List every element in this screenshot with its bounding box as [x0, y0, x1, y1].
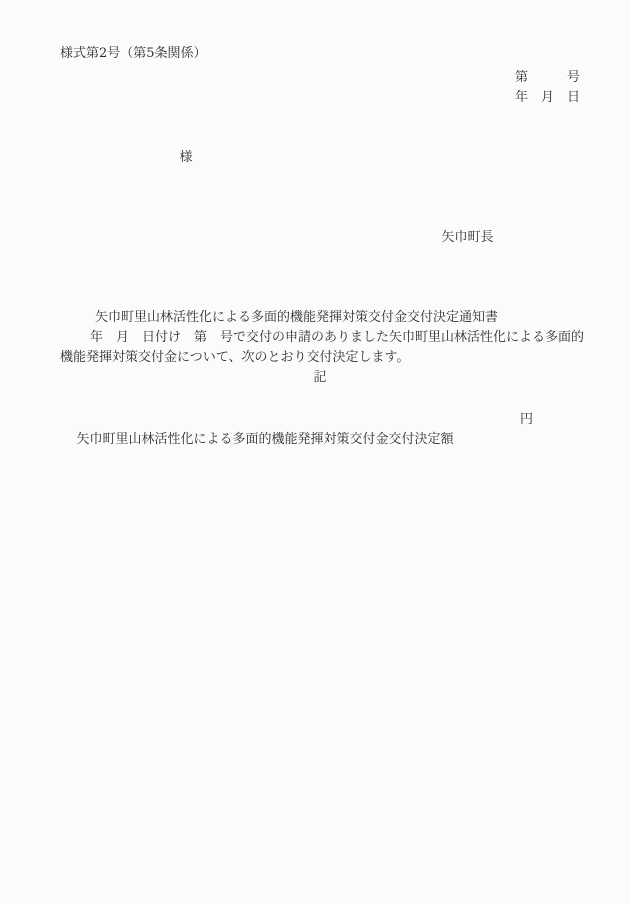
amount-unit: 円: [520, 410, 533, 430]
doc-number-line: 第 号: [60, 68, 580, 88]
sender-name: 矢巾町長: [442, 230, 494, 245]
addressee-honorific: 様: [180, 150, 193, 165]
note-marker: 記: [60, 368, 580, 388]
document-page: 様式第2号（第5条関係） 第 号 年 月 日 様 矢巾町長 矢巾町里山林活性化に…: [0, 0, 630, 903]
doc-number-date-block: 第 号 年 月 日: [60, 68, 580, 108]
addressee-line: 様: [60, 128, 580, 188]
body-line-2: 機能発揮対策交付金について、次のとおり交付決定します。: [60, 348, 580, 368]
form-number: 様式第2号（第5条関係）: [60, 44, 580, 64]
sender-line: 矢巾町長: [60, 208, 580, 268]
amount-label: 矢巾町里山林活性化による多面的機能発揮対策交付金交付決定額: [77, 432, 454, 447]
date-line: 年 月 日: [60, 88, 580, 108]
document-title: 矢巾町里山林活性化による多面的機能発揮対策交付金交付決定通知書: [60, 308, 580, 328]
body-line-1: 年 月 日付け 第 号で交付の申請のありました矢巾町里山林活性化による多面的: [60, 328, 580, 348]
amount-line: 矢巾町里山林活性化による多面的機能発揮対策交付金交付決定額 円: [60, 410, 580, 490]
